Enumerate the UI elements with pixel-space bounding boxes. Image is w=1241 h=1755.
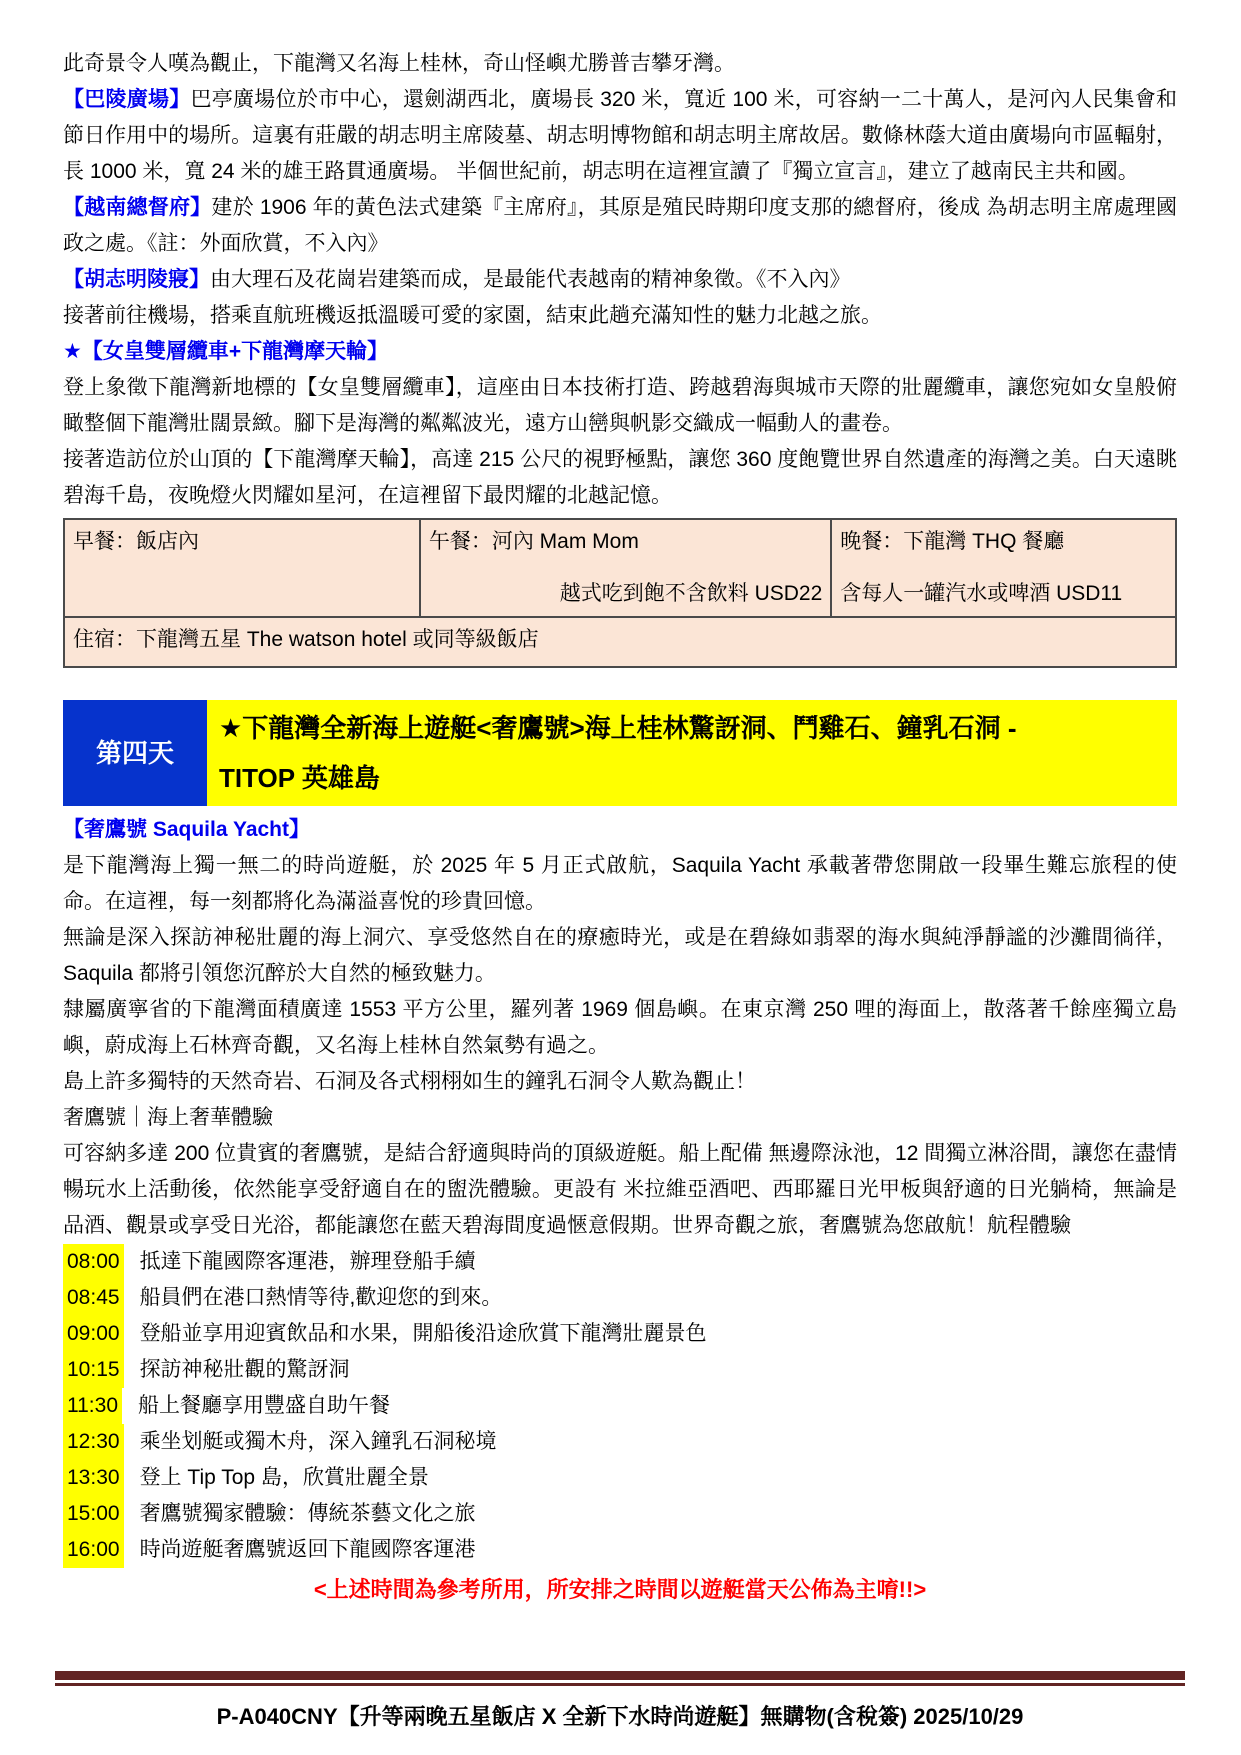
schedule-time: 08:45 xyxy=(63,1280,124,1316)
lunch-line1: 午餐：河內 Mam Mom xyxy=(429,524,822,560)
cablecar-paragraph: 登上象徵下龍灣新地標的【女皇雙層纜車】，這座由日本技術打造、跨越碧海與城市天際的… xyxy=(63,370,1177,442)
schedule-row: 09:00 登船並享用迎賓飲品和水果，開船後沿途欣賞下龍灣壯麗景色 xyxy=(63,1316,1177,1352)
cablecar-heading-line: ★【女皇雙層纜車+下龍灣摩天輪】 xyxy=(63,334,1177,370)
day4-label: 第四天 xyxy=(63,700,207,806)
schedule-time: 13:30 xyxy=(63,1460,124,1496)
airport-text: 接著前往機場，搭乘直航班機返抵溫暖可愛的家園，結束此趟充滿知性的魅力北越之旅。 xyxy=(63,304,882,327)
yacht-paragraph: 島上許多獨特的天然奇岩、石洞及各式栩栩如生的鐘乳石洞令人歎為觀止！ xyxy=(63,1064,1177,1100)
day4-title-line1: ★下龍灣全新海上遊艇<奢鷹號>海上桂林驚訝洞、鬥雞石、鐘乳石洞 - xyxy=(219,703,1169,753)
yacht-text-6: 可容納多達 200 位貴賓的奢鷹號，是結合舒適與時尚的頂級遊艇。船上配備 無邊際… xyxy=(63,1142,1177,1237)
governor-palace-heading: 【越南總督府】 xyxy=(63,196,211,219)
yacht-text-5: 奢鷹號｜海上奢華體驗 xyxy=(63,1106,273,1129)
airport-paragraph: 接著前往機場，搭乘直航班機返抵溫暖可愛的家園，結束此趟充滿知性的魅力北越之旅。 xyxy=(63,298,1177,334)
schedule-time: 15:00 xyxy=(63,1496,124,1532)
intro-text: 此奇景令人嘆為觀止，下龍灣又名海上桂林，奇山怪嶼尤勝普吉攀牙灣。 xyxy=(63,52,735,75)
schedule-row: 11:30 船上餐廳享用豐盛自助午餐 xyxy=(63,1388,1177,1424)
yacht-text-1: 是下龍灣海上獨一無二的時尚遊艇，於 2025 年 5 月正式啟航，Saquila… xyxy=(63,854,1177,913)
governor-palace-paragraph: 【越南總督府】建於 1906 年的黃色法式建築『主席府』，其原是殖民時期印度支那… xyxy=(63,190,1177,262)
schedule-row: 08:45 船員們在港口熱情等待,歡迎您的到來。 xyxy=(63,1280,1177,1316)
intro-paragraph: 此奇景令人嘆為觀止，下龍灣又名海上桂林，奇山怪嶼尤勝普吉攀牙灣。 xyxy=(63,46,1177,82)
schedule-time: 08:00 xyxy=(63,1244,124,1280)
governor-palace-text: 建於 1906 年的黃色法式建築『主席府』，其原是殖民時期印度支那的總督府，後成… xyxy=(63,196,1177,255)
ferriswheel-text: 接著造訪位於山頂的【下龍灣摩天輪】，高達 215 公尺的視野極點，讓您 360 … xyxy=(63,448,1177,507)
schedule-row: 13:30 登上 Tip Top 島，欣賞壯麗全景 xyxy=(63,1460,1177,1496)
mausoleum-paragraph: 【胡志明陵寢】由大理石及花崗岩建築而成，是最能代表越南的精神象徵。《不入內》 xyxy=(63,262,1177,298)
schedule-desc: 抵達下龍國際客運港，辦理登船手續 xyxy=(124,1244,476,1280)
dinner-line1: 晚餐：下龍灣 THQ 餐廳 xyxy=(840,524,1167,560)
lunch-line2: 越式吃到飽不含飲料 USD22 xyxy=(429,576,822,612)
schedule-time: 11:30 xyxy=(63,1388,122,1424)
yacht-paragraph: 隸屬廣寧省的下龍灣面積廣達 1553 平方公里，羅列著 1969 個島嶼。在東京… xyxy=(63,992,1177,1064)
schedule-time: 09:00 xyxy=(63,1316,124,1352)
yacht-paragraph: 奢鷹號｜海上奢華體驗 xyxy=(63,1100,1177,1136)
yacht-heading: 【奢鷹號 Saquila Yacht】 xyxy=(63,818,310,841)
hotel-cell: 住宿：下龍灣五星 The watson hotel 或同等級飯店 xyxy=(64,617,1176,667)
document-content: 此奇景令人嘆為觀止，下龍灣又名海上桂林，奇山怪嶼尤勝普吉攀牙灣。 【巴陵廣場】巴… xyxy=(63,46,1177,1608)
breakfast-text: 早餐：飯店內 xyxy=(73,530,199,553)
notice-text: <上述時間為參考所用，所安排之時間以遊艇當天公佈為主唷!!> xyxy=(63,1572,1177,1608)
lunch-cell: 午餐：河內 Mam Mom 越式吃到飽不含飲料 USD22 xyxy=(420,519,831,617)
yacht-paragraph: 無論是深入探訪神秘壯麗的海上洞穴、享受悠然自在的療癒時光，或是在碧綠如翡翠的海水… xyxy=(63,920,1177,992)
yacht-text-4: 島上許多獨特的天然奇岩、石洞及各式栩栩如生的鐘乳石洞令人歎為觀止！ xyxy=(63,1070,756,1093)
footer-rule xyxy=(55,1671,1185,1686)
schedule-time: 10:15 xyxy=(63,1352,124,1388)
yacht-heading-line: 【奢鷹號 Saquila Yacht】 xyxy=(63,812,1177,848)
mausoleum-text: 由大理石及花崗岩建築而成，是最能代表越南的精神象徵。《不入內》 xyxy=(210,268,851,291)
cablecar-text: 登上象徵下龍灣新地標的【女皇雙層纜車】，這座由日本技術打造、跨越碧海與城市天際的… xyxy=(63,376,1177,435)
schedule-row: 12:30 乘坐划艇或獨木舟，深入鐘乳石洞秘境 xyxy=(63,1424,1177,1460)
schedule-row: 10:15 探訪神秘壯觀的驚訝洞 xyxy=(63,1352,1177,1388)
cablecar-heading: ★【女皇雙層纜車+下龍灣摩天輪】 xyxy=(63,340,388,363)
schedule-desc: 船員們在港口熱情等待,歡迎您的到來。 xyxy=(124,1280,503,1316)
schedule-row: 15:00 奢鷹號獨家體驗：傳統茶藝文化之旅 xyxy=(63,1496,1177,1532)
hotel-text: 住宿：下龍灣五星 The watson hotel 或同等級飯店 xyxy=(73,628,539,651)
schedule-row: 08:00 抵達下龍國際客運港，辦理登船手續 xyxy=(63,1244,1177,1280)
footer-text: P-A040CNY【升等兩晚五星飯店 X 全新下水時尚遊艇】無購物(含稅簽) 2… xyxy=(63,1700,1177,1731)
schedule-desc: 船上餐廳享用豐盛自助午餐 xyxy=(122,1388,390,1424)
schedule-row: 16:00 時尚遊艇奢鷹號返回下龍國際客運港 xyxy=(63,1532,1177,1568)
baling-square-text: 巴亭廣場位於市中心，還劍湖西北，廣場長 320 米，寬近 100 米，可容納一二… xyxy=(63,88,1177,183)
baling-square-paragraph: 【巴陵廣場】巴亭廣場位於市中心，還劍湖西北，廣場長 320 米，寬近 100 米… xyxy=(63,82,1177,190)
day4-title: ★下龍灣全新海上遊艇<奢鷹號>海上桂林驚訝洞、鬥雞石、鐘乳石洞 - TITOP … xyxy=(207,700,1177,806)
schedule-desc: 奢鷹號獨家體驗：傳統茶藝文化之旅 xyxy=(124,1496,476,1532)
schedule-desc: 登上 Tip Top 島，欣賞壯麗全景 xyxy=(124,1460,429,1496)
dinner-line2: 含每人一罐汽水或啤酒 USD11 xyxy=(840,576,1167,612)
schedule-desc: 登船並享用迎賓飲品和水果，開船後沿途欣賞下龍灣壯麗景色 xyxy=(124,1316,707,1352)
day4-title-line2: TITOP 英雄島 xyxy=(219,753,1169,803)
schedule-desc: 乘坐划艇或獨木舟，深入鐘乳石洞秘境 xyxy=(124,1424,497,1460)
schedule-time: 12:30 xyxy=(63,1424,124,1460)
document-page: 此奇景令人嘆為觀止，下龍灣又名海上桂林，奇山怪嶼尤勝普吉攀牙灣。 【巴陵廣場】巴… xyxy=(0,0,1241,1755)
yacht-text-2: 無論是深入探訪神秘壯麗的海上洞穴、享受悠然自在的療癒時光，或是在碧綠如翡翠的海水… xyxy=(63,926,1177,985)
yacht-paragraph: 是下龍灣海上獨一無二的時尚遊艇，於 2025 年 5 月正式啟航，Saquila… xyxy=(63,848,1177,920)
dinner-cell: 晚餐：下龍灣 THQ 餐廳 含每人一罐汽水或啤酒 USD11 xyxy=(831,519,1176,617)
ferriswheel-paragraph: 接著造訪位於山頂的【下龍灣摩天輪】，高達 215 公尺的視野極點，讓您 360 … xyxy=(63,442,1177,514)
schedule-desc: 探訪神秘壯觀的驚訝洞 xyxy=(124,1352,350,1388)
schedule-time: 16:00 xyxy=(63,1532,124,1568)
day4-header: 第四天 ★下龍灣全新海上遊艇<奢鷹號>海上桂林驚訝洞、鬥雞石、鐘乳石洞 - TI… xyxy=(63,700,1177,806)
meal-table: 早餐：飯店內 午餐：河內 Mam Mom 越式吃到飽不含飲料 USD22 晚餐：… xyxy=(63,518,1177,668)
yacht-paragraph: 可容納多達 200 位貴賓的奢鷹號，是結合舒適與時尚的頂級遊艇。船上配備 無邊際… xyxy=(63,1136,1177,1244)
yacht-text-3: 隸屬廣寧省的下龍灣面積廣達 1553 平方公里，羅列著 1969 個島嶼。在東京… xyxy=(63,998,1177,1057)
baling-square-heading: 【巴陵廣場】 xyxy=(63,88,190,111)
schedule-desc: 時尚遊艇奢鷹號返回下龍國際客運港 xyxy=(124,1532,476,1568)
breakfast-cell: 早餐：飯店內 xyxy=(64,519,420,617)
mausoleum-heading: 【胡志明陵寢】 xyxy=(63,268,210,291)
